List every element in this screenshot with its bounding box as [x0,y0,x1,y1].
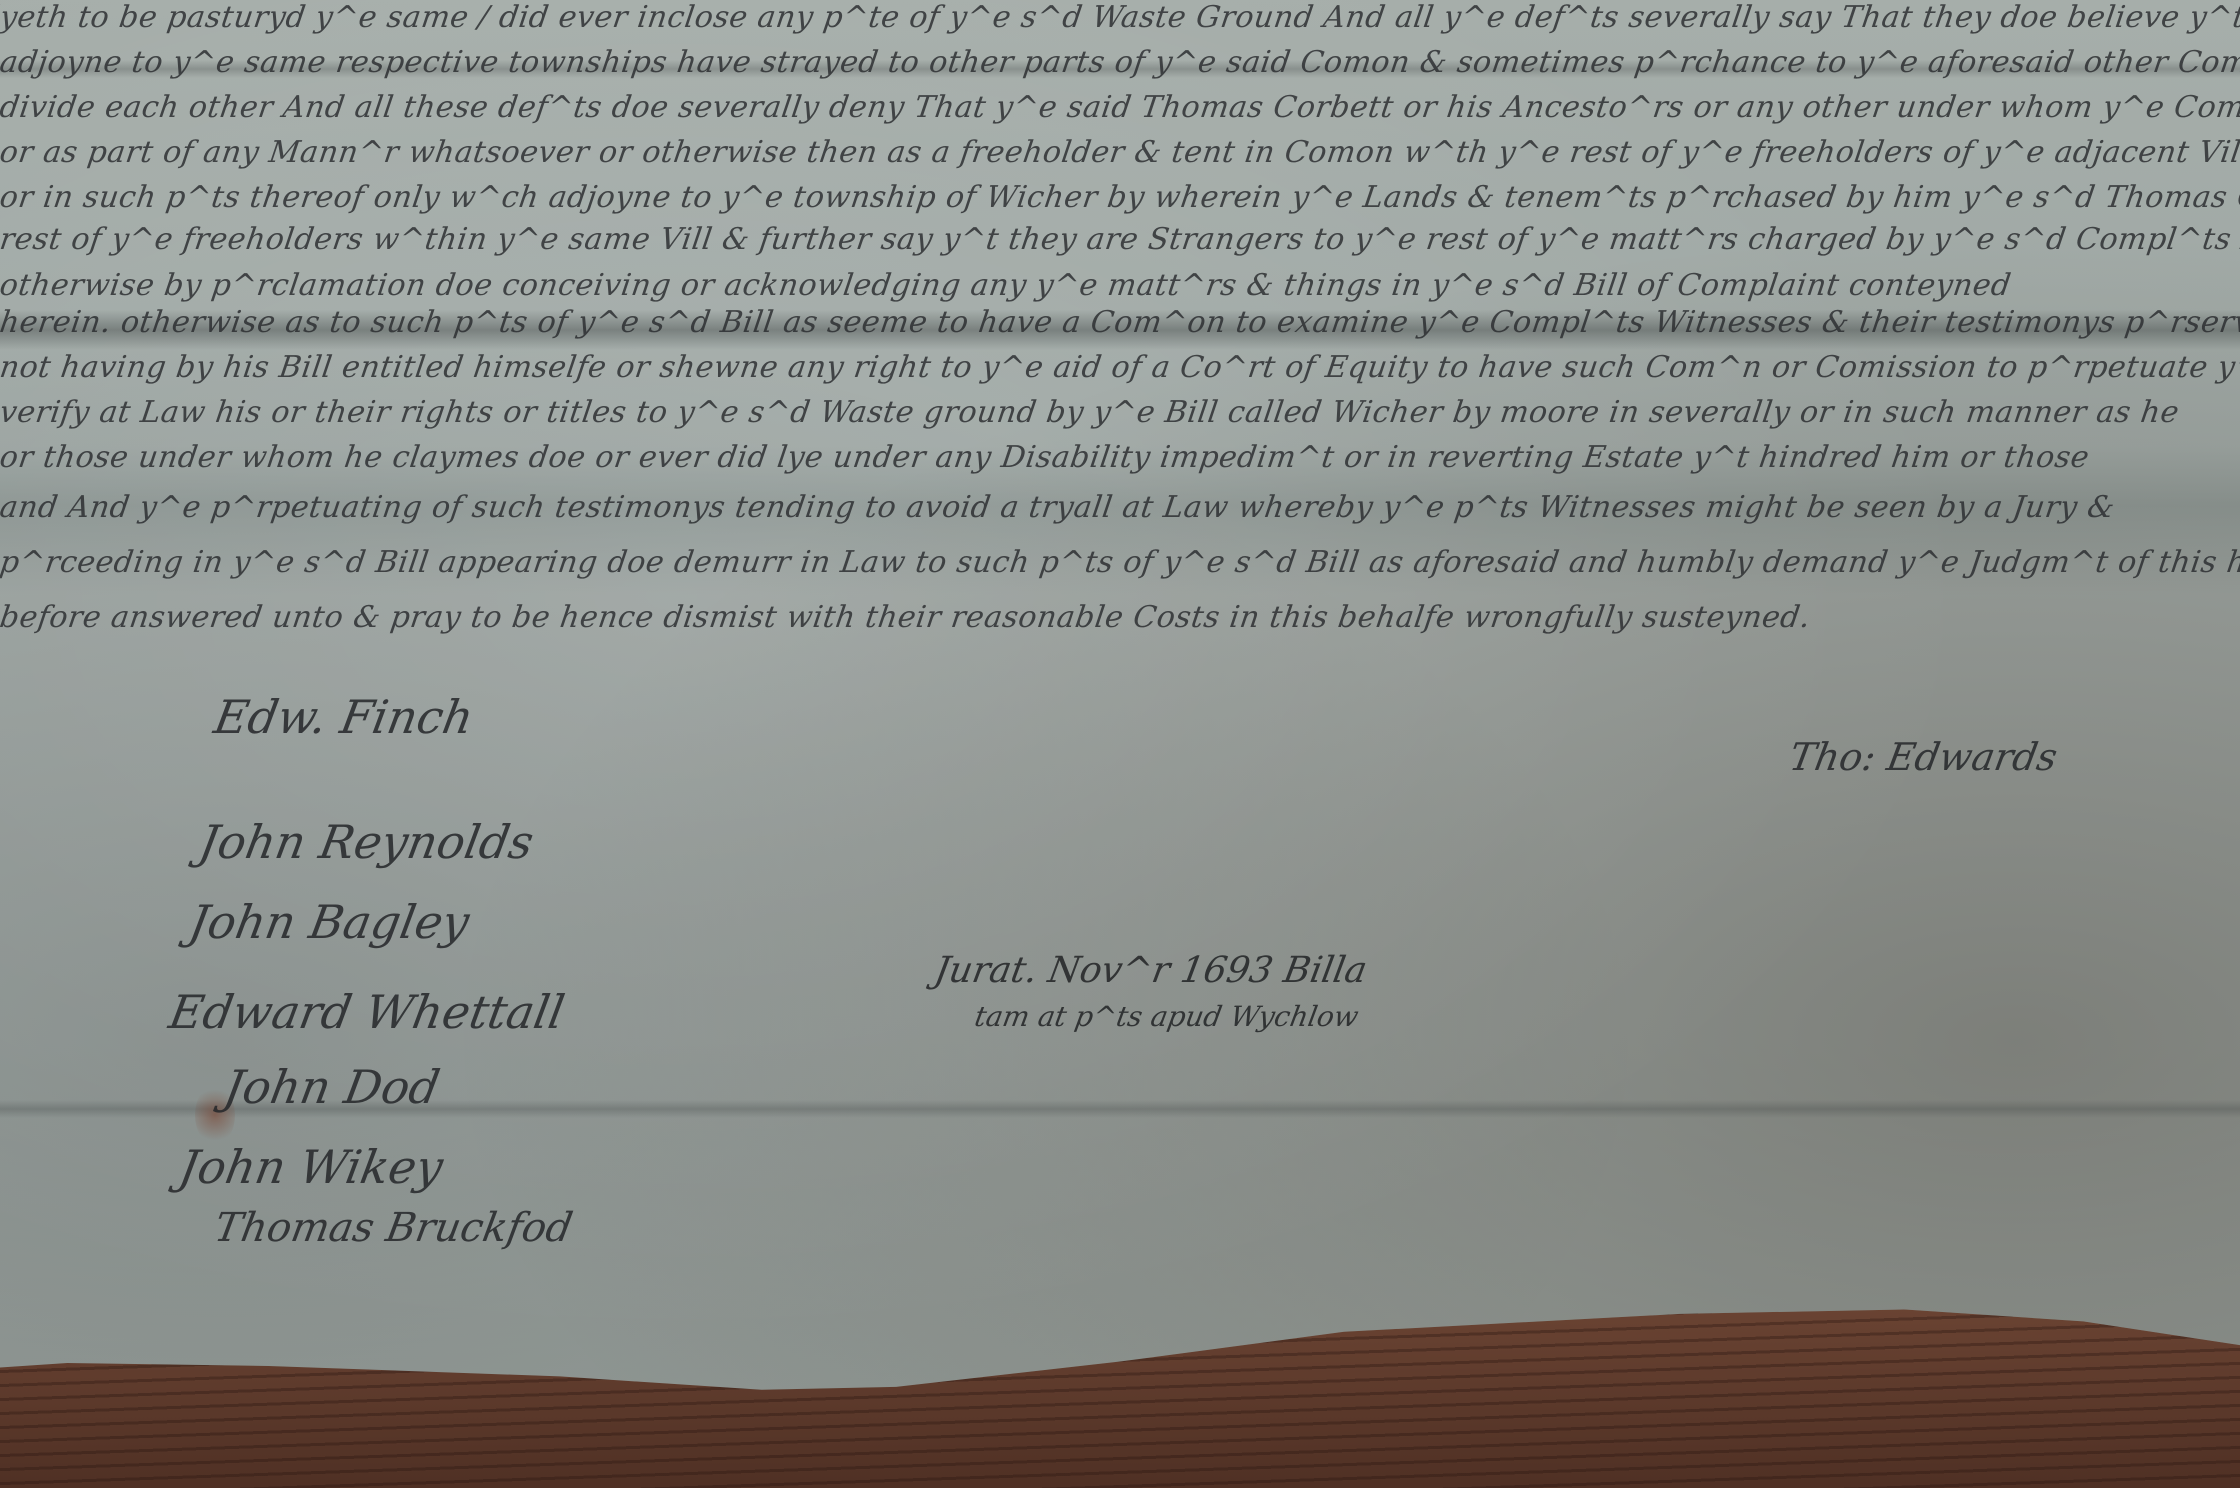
handwritten-document: lyeth to be pasturyd y^e same / did ever… [0,0,2240,1488]
document-line: p^rceeding in y^e s^d Bill appearing doe… [0,545,2240,580]
document-line: divide each other And all these def^ts d… [0,90,2240,125]
document-line: or as part of any Mann^r whatsoever or o… [0,135,2240,170]
document-line: otherwise by p^rclamation doe conceiving… [0,268,2013,303]
document-line: before answered unto & pray to be hence … [0,600,1813,635]
jurat-note-line: Jurat. Nov^r 1693 Billa [931,950,1370,991]
signature: John Bagley [185,895,473,949]
document-line: or those under whom he claymes doe or ev… [0,440,2092,475]
document-line: and And y^e p^rpetuating of such testimo… [0,490,2117,525]
signature-right: Tho: Edwards [1786,735,2061,779]
signature: John Dod [220,1060,444,1114]
signature: John Wikey [175,1140,447,1194]
signature: John Reynolds [195,815,537,869]
signature: Thomas Bruckfod [211,1205,576,1251]
document-line: lyeth to be pasturyd y^e same / did ever… [0,0,2240,35]
signature: Edw. Finch [210,690,477,744]
document-line: or in such p^ts thereof only w^ch adjoyn… [0,180,2240,215]
document-line: not having by his Bill entitled himselfe… [0,350,2240,385]
document-line: herein. otherwise as to such p^ts of y^e… [0,305,2240,340]
signature: Edward Whettall [165,985,568,1039]
jurat-note-line: tam at p^ts apud Wychlow [972,1000,1361,1033]
document-line: adjoyne to y^e same respective townships… [0,45,2240,80]
document-line: rest of y^e freeholders w^thin y^e same … [0,222,2240,257]
document-line: verify at Law his or their rights or tit… [0,395,2181,430]
